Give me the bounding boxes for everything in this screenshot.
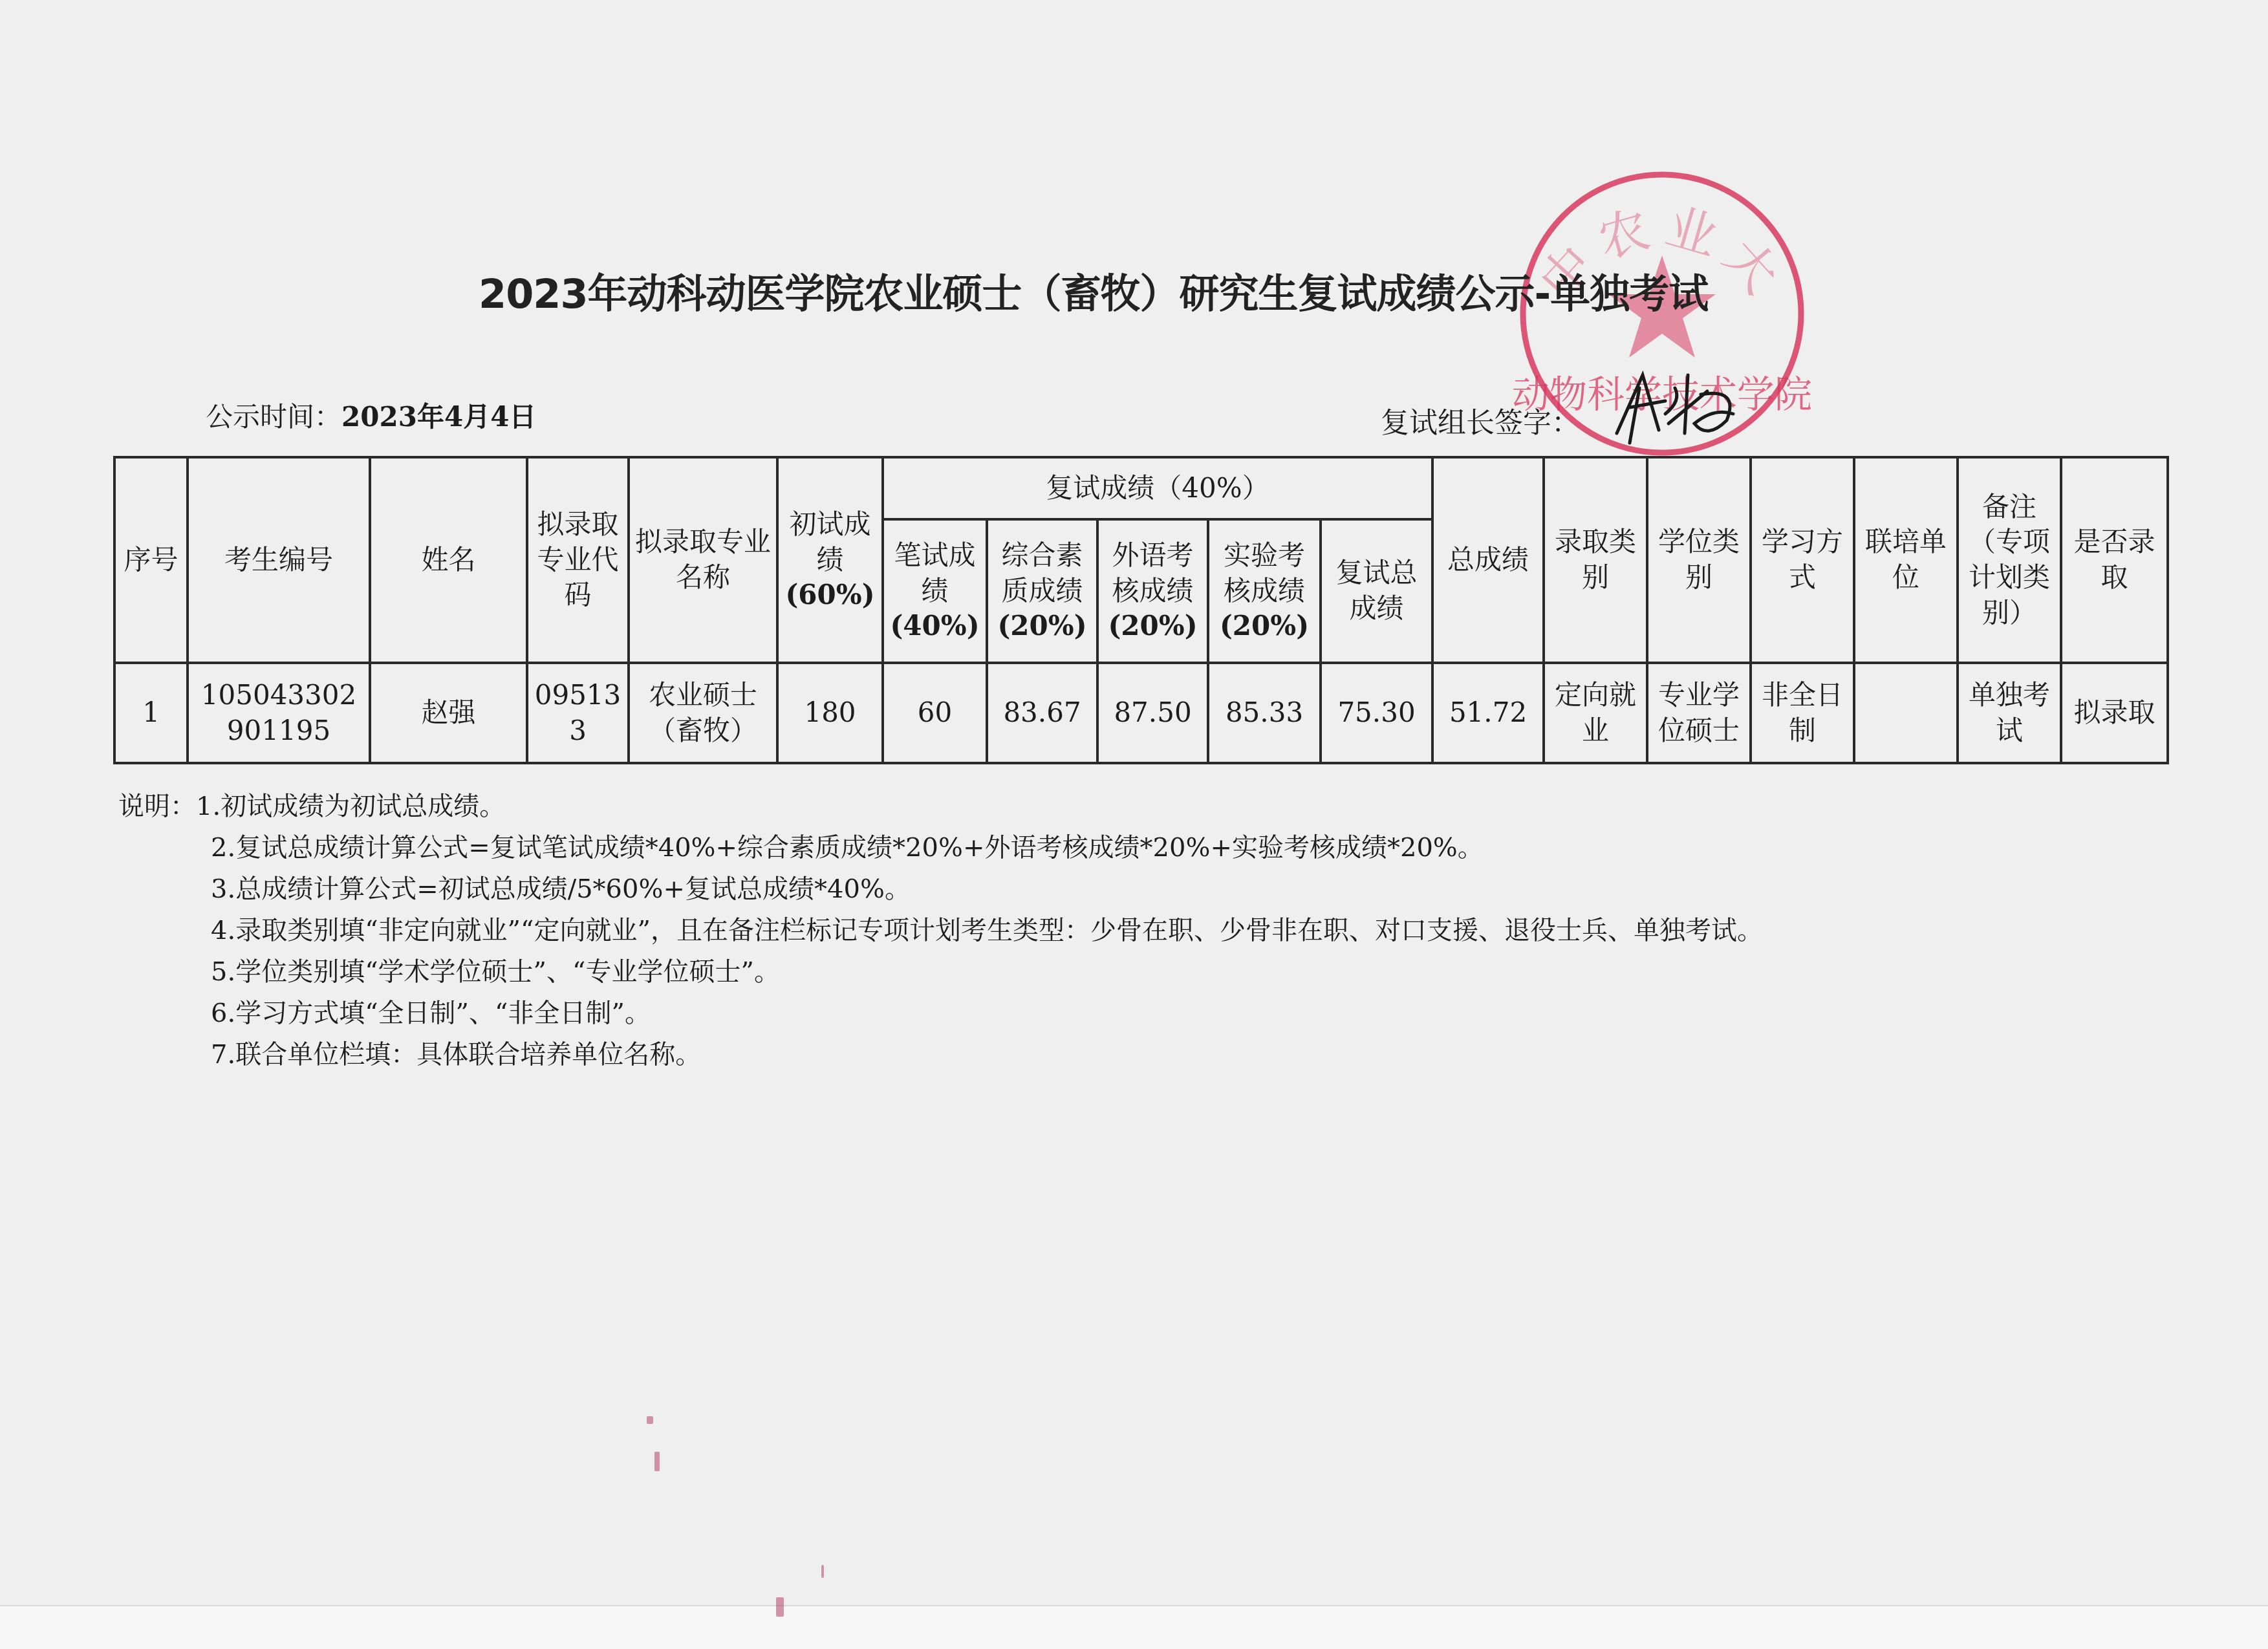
header-written-text: 笔试成绩 — [894, 539, 975, 607]
header-admitted: 是否录取 — [2061, 457, 2168, 663]
header-major-name: 拟录取专业名称 — [629, 457, 777, 663]
publication-time: 公示时间：2023年4月4日 — [206, 396, 536, 435]
cell-exam-id: 105043302901195 — [188, 663, 370, 763]
scan-speck — [776, 1597, 784, 1617]
cell-study-mode: 非全日制 — [1751, 663, 1854, 763]
scan-speck — [654, 1452, 660, 1471]
header-retest-total: 复试总成绩 — [1321, 519, 1432, 663]
cell-comprehensive: 83.67 — [987, 663, 1097, 763]
header-admission-type: 录取类别 — [1544, 457, 1647, 663]
note-item: 6.学习方式填“全日制”、“非全日制”。 — [118, 993, 1763, 1034]
note-item: 5.学位类别填“学术学位硕士”、“专业学位硕士”。 — [118, 951, 1763, 993]
note-text: 1.初试成绩为初试总成绩。 — [196, 792, 505, 821]
header-remark: 备注（专项计划类别） — [1958, 457, 2061, 663]
notes-label: 说明： — [118, 792, 196, 821]
note-item: 说明：1.初试成绩为初试总成绩。 — [118, 786, 1763, 827]
note-item: 2.复试总成绩计算公式=复试笔试成绩*40%+综合素质成绩*20%+外语考核成绩… — [118, 827, 1763, 868]
header-major-code: 拟录取专业代码 — [527, 457, 629, 663]
header-name: 姓名 — [370, 457, 527, 663]
cell-language: 87.50 — [1097, 663, 1208, 763]
cell-prelim: 180 — [777, 663, 883, 763]
publication-time-label: 公示时间： — [206, 401, 341, 433]
header-prelim-pct: (60%) — [785, 579, 874, 610]
header-joint-unit: 联培单位 — [1854, 457, 1958, 663]
scan-edge — [0, 1605, 2268, 1649]
cell-admitted: 拟录取 — [2061, 663, 2168, 763]
cell-total: 51.72 — [1432, 663, 1544, 763]
header-experiment: 实验考核成绩(20%) — [1208, 519, 1321, 663]
header-experiment-text: 实验考核成绩 — [1224, 539, 1305, 607]
header-comprehensive-text: 综合素质成绩 — [1001, 539, 1083, 607]
cell-name: 赵强 — [370, 663, 527, 763]
note-item: 7.联合单位栏填：具体联合培养单位名称。 — [118, 1034, 1763, 1075]
notes-section: 说明：1.初试成绩为初试总成绩。 2.复试总成绩计算公式=复试笔试成绩*40%+… — [118, 786, 1763, 1075]
table-header-row: 序号 考生编号 姓名 拟录取专业代码 拟录取专业名称 初试成绩(60%) 复试成… — [114, 457, 2168, 519]
header-experiment-pct: (20%) — [1220, 610, 1309, 641]
grades-table: 序号 考生编号 姓名 拟录取专业代码 拟录取专业名称 初试成绩(60%) 复试成… — [113, 456, 2169, 764]
cell-major-name: 农业硕士（畜牧） — [629, 663, 777, 763]
header-degree-type: 学位类别 — [1647, 457, 1751, 663]
header-prelim: 初试成绩(60%) — [777, 457, 883, 663]
table-row: 1 105043302901195 赵强 095133 农业硕士（畜牧） 180… — [114, 663, 2168, 763]
cell-joint-unit — [1854, 663, 1958, 763]
header-language-text: 外语考核成绩 — [1112, 539, 1193, 607]
cell-experiment: 85.33 — [1208, 663, 1321, 763]
publication-date: 2023年4月4日 — [341, 401, 536, 433]
page-title: 2023年动科动医学院农业硕士（畜牧）研究生复试成绩公示-单独考试 — [479, 262, 1837, 319]
cell-degree-type: 专业学位硕士 — [1647, 663, 1751, 763]
header-written: 笔试成绩(40%) — [883, 519, 987, 663]
header-written-pct: (40%) — [890, 610, 979, 641]
handwritten-signature-icon — [1604, 362, 1746, 446]
header-seq: 序号 — [114, 457, 188, 663]
scan-speck — [647, 1416, 653, 1424]
header-retest-group: 复试成绩（40%） — [883, 457, 1432, 519]
note-item: 4.录取类别填“非定向就业”“定向就业”，且在备注栏标记专项计划考生类型：少骨在… — [118, 910, 1763, 951]
header-prelim-text: 初试成绩 — [789, 508, 870, 576]
cell-remark: 单独考试 — [1958, 663, 2061, 763]
header-exam-id: 考生编号 — [188, 457, 370, 663]
scan-speck — [821, 1565, 824, 1578]
cell-admission-type: 定向就业 — [1544, 663, 1647, 763]
note-item: 3.总成绩计算公式=初试总成绩/5*60%+复试总成绩*40%。 — [118, 868, 1763, 910]
cell-written: 60 — [883, 663, 987, 763]
header-comprehensive-pct: (20%) — [997, 610, 1086, 641]
header-total: 总成绩 — [1432, 457, 1544, 663]
cell-major-code: 095133 — [527, 663, 629, 763]
header-language: 外语考核成绩(20%) — [1097, 519, 1208, 663]
header-study-mode: 学习方式 — [1751, 457, 1854, 663]
header-comprehensive: 综合素质成绩(20%) — [987, 519, 1097, 663]
signature-label: 复试组长签字： — [1381, 400, 1580, 441]
cell-seq: 1 — [114, 663, 188, 763]
header-language-pct: (20%) — [1108, 610, 1197, 641]
cell-retest-total: 75.30 — [1321, 663, 1432, 763]
